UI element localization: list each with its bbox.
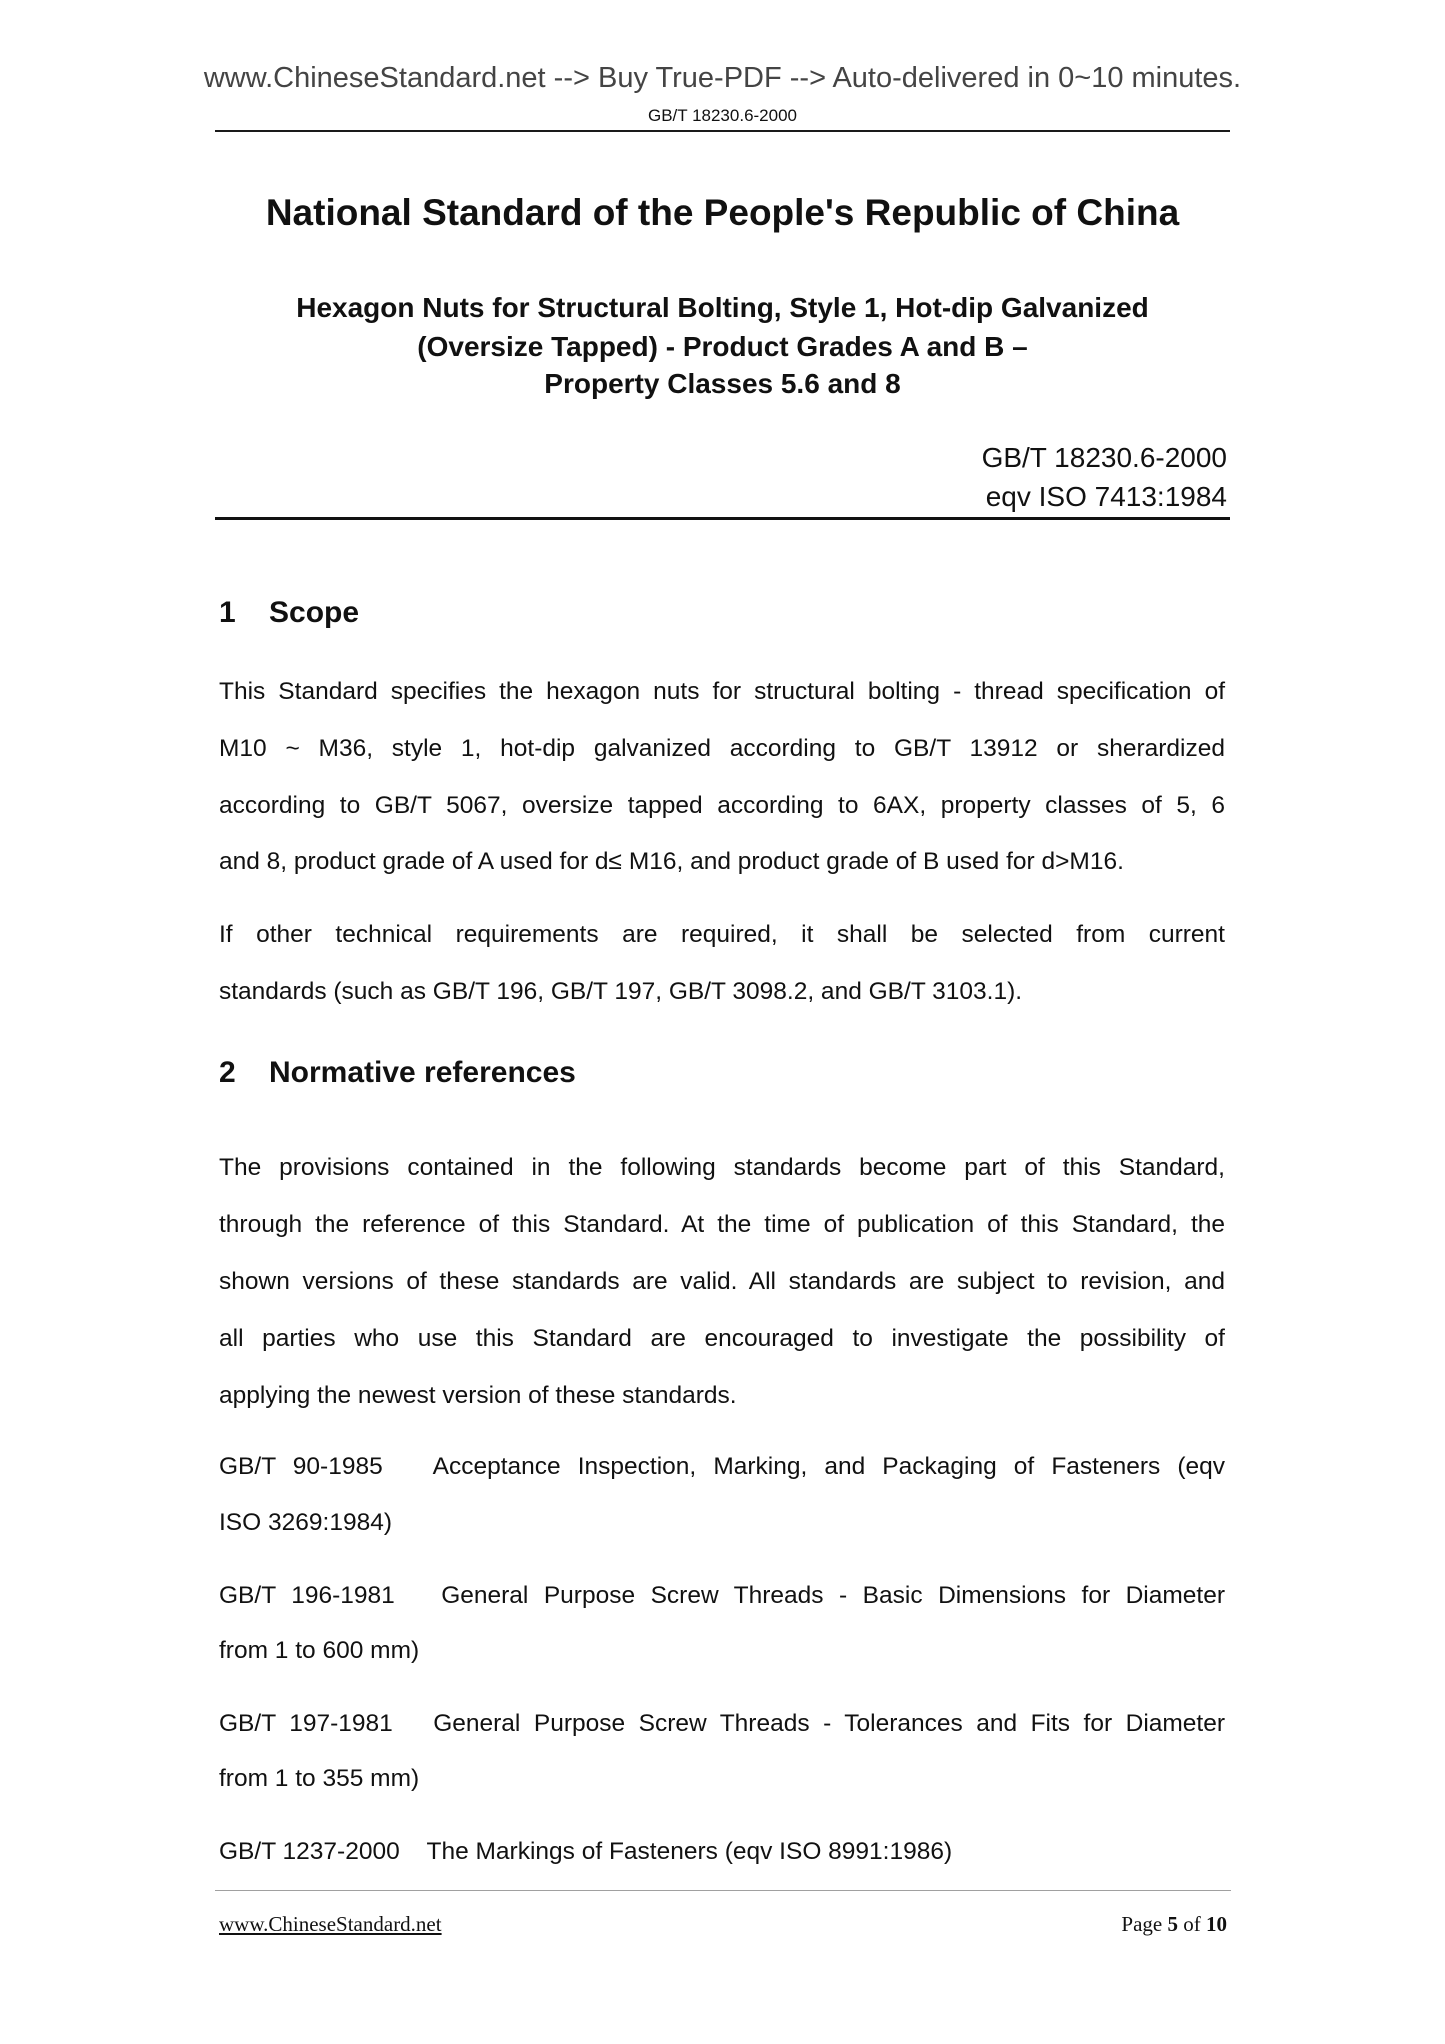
reference-entry: GB/T 90-1985 Acceptance Inspection, Mark… [219, 1451, 1225, 1483]
page-of: of [1183, 1912, 1201, 1936]
page-total: 10 [1206, 1912, 1227, 1936]
section-number: 1 [219, 594, 236, 632]
standard-equivalence: eqv ISO 7413:1984 [215, 479, 1227, 515]
subtitle-line: Property Classes 5.6 and 8 [215, 366, 1230, 402]
page-indicator: Page 5 of 10 [1121, 1911, 1227, 1937]
paragraph-line: This Standard specifies the hexagon nuts… [219, 676, 1225, 708]
reference-continuation: ISO 3269:1984) [219, 1507, 1225, 1539]
section-number: 2 [219, 1054, 236, 1092]
page-prefix: Page [1121, 1912, 1162, 1936]
reference-entry: GB/T 197-1981 General Purpose Screw Thre… [219, 1708, 1225, 1740]
reference-entry: GB/T 1237-2000 The Markings of Fasteners… [219, 1836, 1225, 1868]
reference-continuation: from 1 to 355 mm) [219, 1763, 1225, 1795]
paragraph-line: M10 ~ M36, style 1, hot-dip galvanized a… [219, 733, 1225, 765]
paragraph-line: applying the newest version of these sta… [219, 1380, 1225, 1412]
running-header-doc-id: GB/T 18230.6-2000 [215, 105, 1230, 127]
paragraph-line: shown versions of these standards are va… [219, 1266, 1225, 1298]
paragraph-line: through the reference of this Standard. … [219, 1209, 1225, 1241]
document-title: National Standard of the People's Republ… [215, 191, 1230, 235]
reference-code: GB/T 196-1981 [219, 1582, 395, 1609]
paragraph-line: standards (such as GB/T 196, GB/T 197, G… [219, 976, 1225, 1008]
subtitle-line: (Oversize Tapped) - Product Grades A and… [215, 329, 1230, 365]
reference-continuation: from 1 to 600 mm) [219, 1635, 1225, 1667]
title-rule [215, 517, 1230, 520]
section-heading-normative-references: Normative references [269, 1054, 576, 1092]
paragraph-line: and 8, product grade of A used for d≤ M1… [219, 846, 1225, 878]
paragraph-line: If other technical requirements are requ… [219, 919, 1225, 951]
reference-title: General Purpose Screw Threads - Basic Di… [441, 1582, 1225, 1609]
promo-banner[interactable]: www.ChineseStandard.net --> Buy True-PDF… [0, 60, 1445, 96]
subtitle-line: Hexagon Nuts for Structural Bolting, Sty… [215, 290, 1230, 326]
page-current: 5 [1168, 1912, 1179, 1936]
footer-website-link[interactable]: www.ChineseStandard.net [219, 1911, 442, 1937]
reference-code: GB/T 1237-2000 [219, 1838, 400, 1865]
paragraph-line: The provisions contained in the followin… [219, 1152, 1225, 1184]
paragraph-line: all parties who use this Standard are en… [219, 1323, 1225, 1355]
reference-entry: GB/T 196-1981 General Purpose Screw Thre… [219, 1580, 1225, 1612]
reference-title: The Markings of Fasteners (eqv ISO 8991:… [427, 1838, 953, 1865]
paragraph-line: according to GB/T 5067, oversize tapped … [219, 790, 1225, 822]
footer-rule [215, 1890, 1231, 1891]
header-rule [215, 130, 1230, 132]
standard-number: GB/T 18230.6-2000 [215, 440, 1227, 476]
reference-title: Acceptance Inspection, Marking, and Pack… [433, 1453, 1225, 1480]
section-heading-scope: Scope [269, 594, 359, 632]
reference-title: General Purpose Screw Threads - Toleranc… [433, 1710, 1225, 1737]
reference-code: GB/T 90-1985 [219, 1453, 383, 1480]
reference-code: GB/T 197-1981 [219, 1710, 393, 1737]
